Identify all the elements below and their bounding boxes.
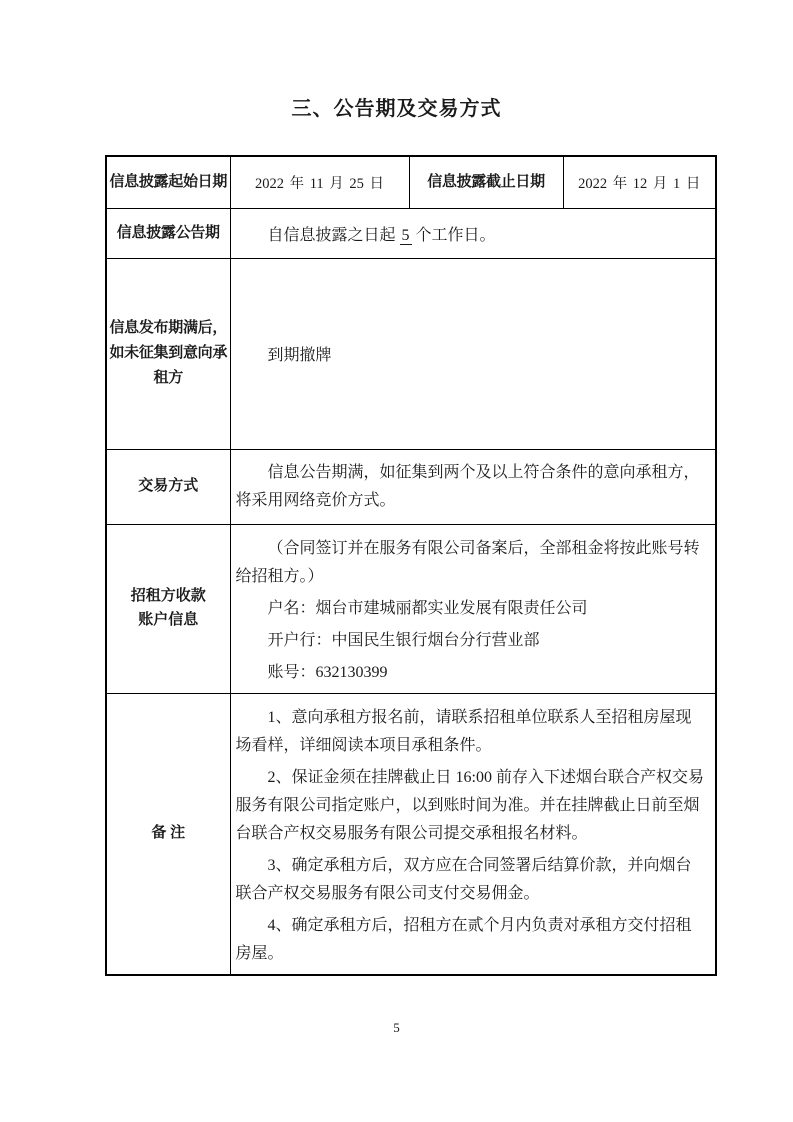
label-lessor-account: 招租方收款 账户信息: [106, 524, 230, 693]
announcement-period-prefix: 自信息披露之日起: [268, 227, 400, 244]
paragraph: 户名：烟台市建城丽都实业发展有限责任公司: [236, 595, 708, 623]
table-row-remarks: 备 注 1、意向承租方报名前，请联系招租单位联系人至招租房屋现场看样，详细阅读本…: [106, 693, 716, 975]
table-row-transaction-method: 交易方式 信息公告期满，如征集到两个及以上符合条件的意向承租方，将采用网络竞价方…: [106, 449, 716, 524]
label-transaction-method: 交易方式: [106, 449, 230, 524]
table-row-no-tenant-result: 信息发布期满后，如未征集到意向承租方 到期撤牌: [106, 258, 716, 449]
announcement-period-days-underlined: 5: [400, 227, 412, 245]
transaction-method-paragraph: 信息公告期满，如征集到两个及以上符合条件的意向承租方，将采用网络竞价方式。: [236, 459, 708, 515]
value-transaction-method: 信息公告期满，如征集到两个及以上符合条件的意向承租方，将采用网络竞价方式。: [230, 449, 716, 524]
label-announcement-period: 信息披露公告期: [106, 208, 230, 258]
table-row-disclosure-dates: 信息披露起始日期 2022 年 11 月 25 日 信息披露截止日期 2022 …: [106, 156, 716, 208]
table-row-announcement-period: 信息披露公告期 自信息披露之日起 5 个工作日。: [106, 208, 716, 258]
announcement-period-suffix: 个工作日。: [412, 227, 496, 244]
paragraph: 账号：632130399: [236, 659, 708, 687]
page-title: 三、公告期及交易方式: [0, 92, 793, 121]
value-disclosure-end-date: 2022 年 12 月 1 日: [563, 156, 716, 208]
announcement-table: 信息披露起始日期 2022 年 11 月 25 日 信息披露截止日期 2022 …: [105, 155, 717, 976]
table-row-lessor-account: 招租方收款 账户信息 （合同签订并在服务有限公司备案后，全部租金将按此账号转给招…: [106, 524, 716, 693]
label-disclosure-end-date: 信息披露截止日期: [409, 156, 563, 208]
label-remarks: 备 注: [106, 693, 230, 975]
value-lessor-account: （合同签订并在服务有限公司备案后，全部租金将按此账号转给招租方。）户名：烟台市建…: [230, 524, 716, 693]
paragraph: （合同签订并在服务有限公司备案后，全部租金将按此账号转给招租方。）: [236, 535, 708, 591]
label-lessor-account-line2: 账户信息: [109, 609, 228, 632]
value-disclosure-start-date: 2022 年 11 月 25 日: [230, 156, 409, 208]
value-announcement-period: 自信息披露之日起 5 个工作日。: [230, 208, 716, 258]
paragraph: 2、保证金须在挂牌截止日 16:00 前存入下述烟台联合产权交易服务有限公司指定…: [236, 764, 708, 848]
paragraph: 4、确定承租方后，招租方在贰个月内负责对承租方交付招租房屋。: [236, 912, 708, 968]
value-delist-on-expiry: 到期撤牌: [230, 258, 716, 449]
label-disclosure-start-date: 信息披露起始日期: [106, 156, 230, 208]
paragraph: 3、确定承租方后，双方应在合同签署后结算价款，并向烟台联合产权交易服务有限公司支…: [236, 852, 708, 908]
label-no-tenant-collected: 信息发布期满后，如未征集到意向承租方: [106, 258, 230, 449]
page-number: 5: [0, 1020, 793, 1036]
paragraph: 开户行：中国民生银行烟台分行营业部: [236, 627, 708, 655]
label-lessor-account-line1: 招租方收款: [109, 585, 228, 608]
paragraph: 1、意向承租方报名前，请联系招租单位联系人至招租房屋现场看样，详细阅读本项目承租…: [236, 704, 708, 760]
value-remarks: 1、意向承租方报名前，请联系招租单位联系人至招租房屋现场看样，详细阅读本项目承租…: [230, 693, 716, 975]
